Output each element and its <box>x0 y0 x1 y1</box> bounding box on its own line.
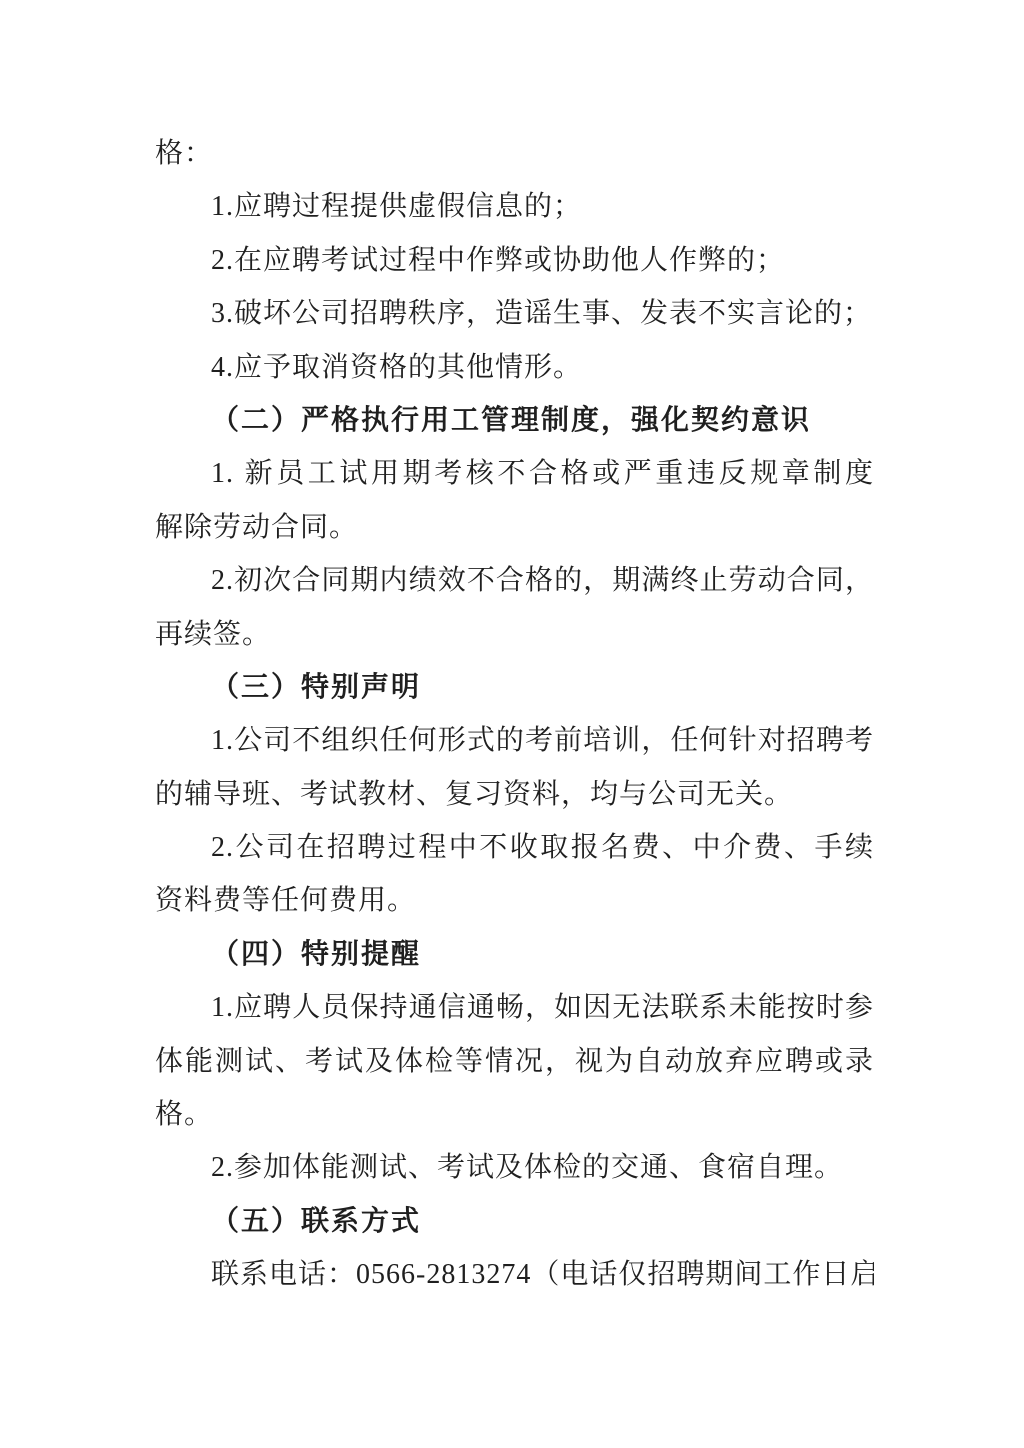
list-item-1: 1.应聘人员保持通信通畅，如因无法联系未能按时参加 <box>155 981 874 1034</box>
paragraph-continuation: 的辅导班、考试教材、复习资料，均与公司无关。 <box>155 768 874 821</box>
section-heading-4: （四）特别提醒 <box>155 928 874 981</box>
paragraph-continuation: 体能测试、考试及体检等情况，视为自动放弃应聘或录用资 <box>155 1035 874 1088</box>
document-page: 格： 1.应聘过程提供虚假信息的； 2.在应聘考试过程中作弊或协助他人作弊的； … <box>0 0 1024 1448</box>
list-item-1: 1.公司不组织任何形式的考前培训，任何针对招聘考试 <box>155 714 874 767</box>
list-item-3: 3.破坏公司招聘秩序，造谣生事、发表不实言论的； <box>155 287 874 340</box>
document-body: 格： 1.应聘过程提供虚假信息的； 2.在应聘考试过程中作弊或协助他人作弊的； … <box>155 127 874 1302</box>
section-heading-2: （二）严格执行用工管理制度，强化契约意识 <box>155 394 874 447</box>
list-item-2: 2.参加体能测试、考试及体检的交通、食宿自理。 <box>155 1141 874 1194</box>
paragraph-continuation: 解除劳动合同。 <box>155 501 874 554</box>
list-item-4: 4.应予取消资格的其他情形。 <box>155 341 874 394</box>
list-item-2: 2.公司在招聘过程中不收取报名费、中介费、手续费、 <box>155 821 874 874</box>
list-item-2: 2.在应聘考试过程中作弊或协助他人作弊的； <box>155 234 874 287</box>
paragraph-continuation: 格。 <box>155 1088 874 1141</box>
list-item-1: 1.应聘过程提供虚假信息的； <box>155 180 874 233</box>
list-item-1: 1. 新员工试用期考核不合格或严重违反规章制度的， <box>155 447 874 500</box>
paragraph-continuation: 资料费等任何费用。 <box>155 874 874 927</box>
section-heading-3: （三）特别声明 <box>155 661 874 714</box>
contact-phone-line: 联系电话：0566-2813274（电话仅招聘期间工作日启用） <box>155 1248 874 1301</box>
paragraph-continuation: 格： <box>155 127 874 180</box>
section-heading-5: （五）联系方式 <box>155 1195 874 1248</box>
list-item-2: 2.初次合同期内绩效不合格的，期满终止劳动合同，不 <box>155 554 874 607</box>
paragraph-continuation: 再续签。 <box>155 608 874 661</box>
